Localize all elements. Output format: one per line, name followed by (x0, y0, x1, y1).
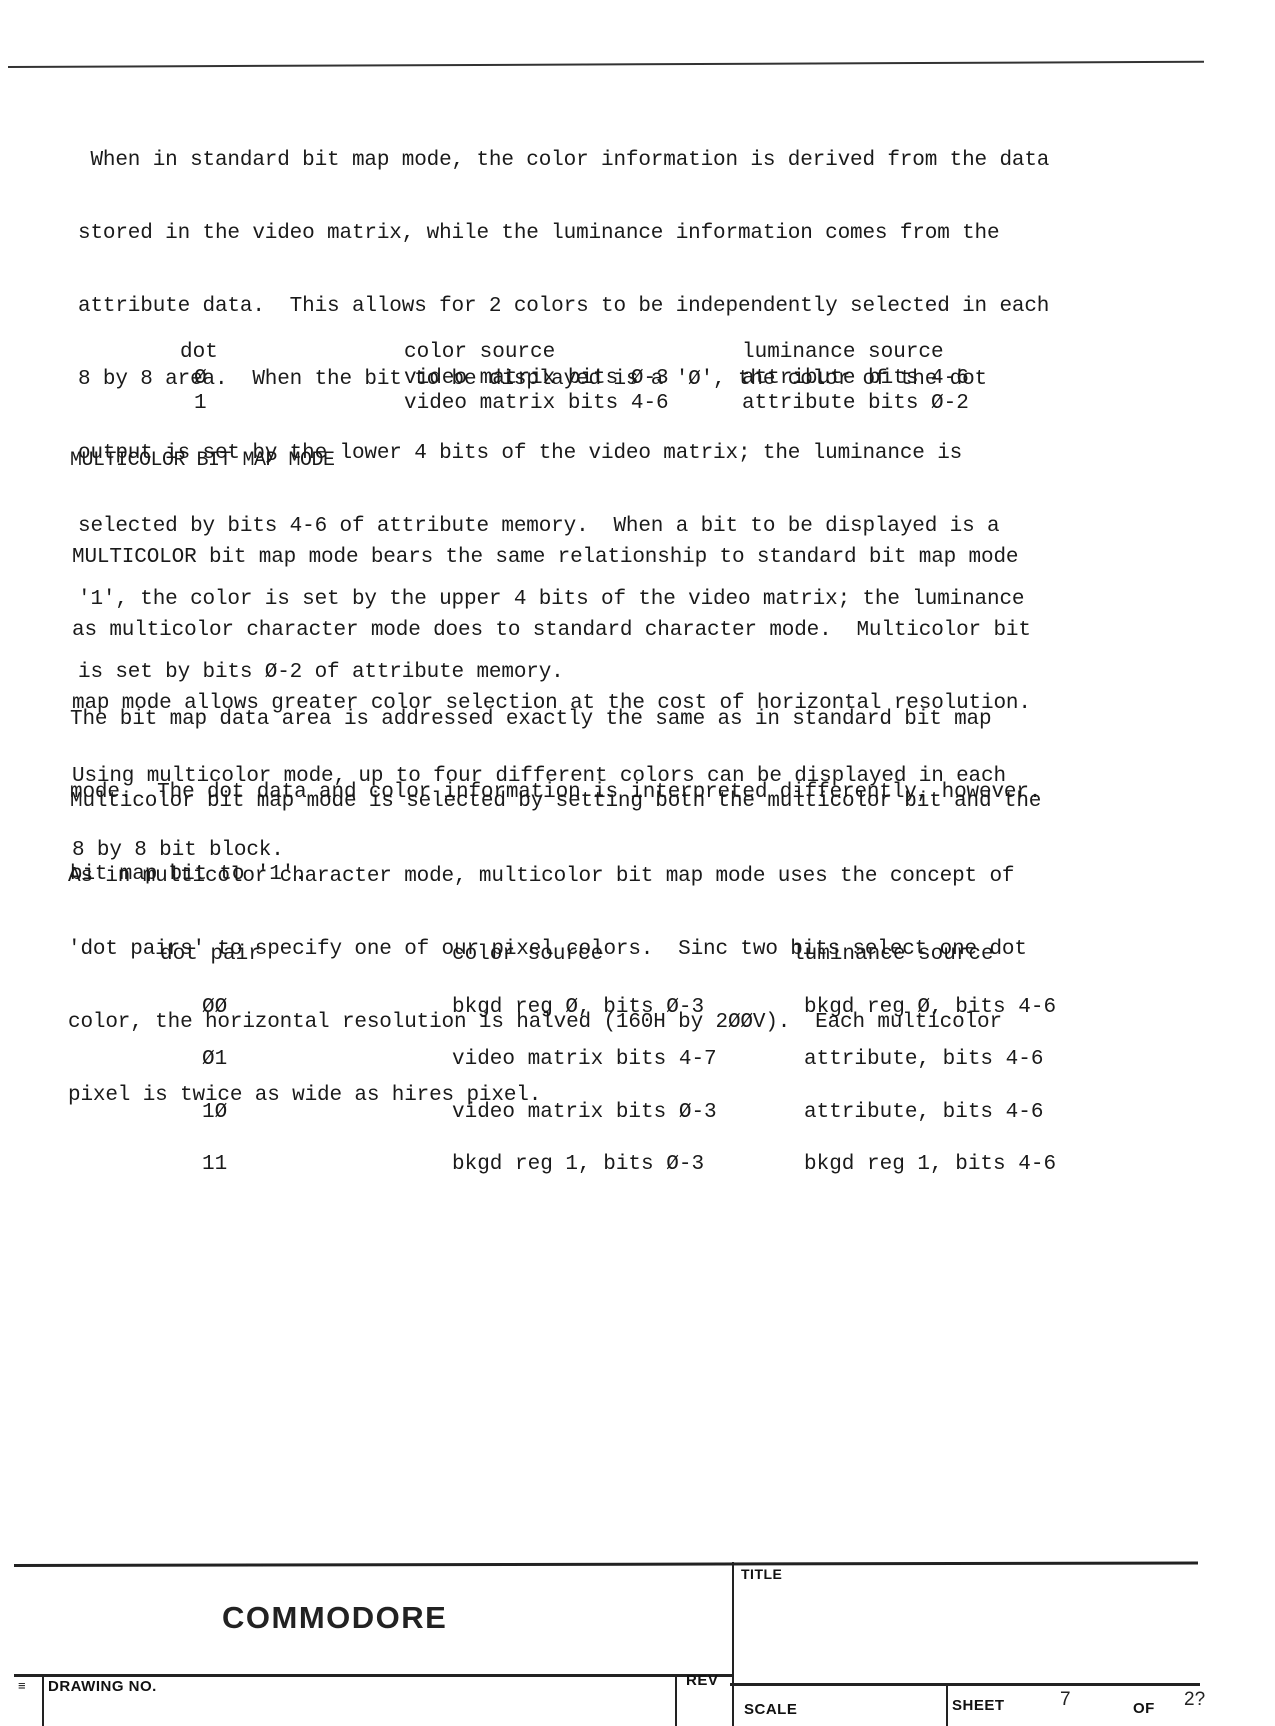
cell-luminance-source: attribute, bits 4-6 (804, 1048, 1043, 1072)
cell-luminance-source: bkgd reg Ø, bits 4-6 (804, 996, 1056, 1020)
company-logo-text: COMMODORE (222, 1600, 447, 1636)
header-color-source: color source (404, 341, 555, 365)
text-line: as multicolor character mode does to sta… (72, 619, 1031, 643)
scale-label: SCALE (744, 1701, 797, 1718)
text-line: stored in the video matrix, while the lu… (78, 222, 1049, 246)
cell-luminance-source: attribute bits Ø-2 (742, 392, 969, 416)
rev-divider (675, 1676, 677, 1726)
table-row: 11 bkgd reg 1, bits Ø-3 bkgd reg 1, bits… (0, 1153, 50, 1273)
cell-luminance-source: bkgd reg 1, bits 4-6 (804, 1153, 1056, 1177)
header-rule (8, 61, 1204, 68)
cell-color-source: bkgd reg Ø, bits Ø-3 (452, 996, 704, 1020)
sheet-label: SHEET (952, 1697, 1005, 1714)
edge-mark-icon: ≡ (18, 1678, 26, 1693)
cell-color-source: bkgd reg 1, bits Ø-3 (452, 1153, 704, 1177)
of-label: OF (1133, 1700, 1155, 1717)
cell-dot: Ø (194, 367, 207, 391)
cell-dot: 1 (194, 392, 207, 416)
header-dot-pair: dot pair (160, 943, 261, 967)
sheet-divider (946, 1684, 948, 1726)
cell-color-source: video matrix bits Ø-3 (452, 1101, 717, 1125)
paragraph-dot-pairs: As in multicolor character mode, multico… (68, 816, 1027, 1133)
title-block-mid-rule (14, 1674, 734, 1677)
section-heading: MULTICOLOR BIT MAP MODE (70, 449, 335, 472)
header-color-source: color source (452, 943, 603, 967)
table-row: 1 video matrix bits 4-6 attribute bits Ø… (0, 392, 50, 512)
title-block-top-rule (14, 1562, 1198, 1567)
text-line: As in multicolor character mode, multico… (68, 865, 1027, 889)
rev-label: REV (686, 1672, 718, 1689)
cell-luminance-source: attribute bits 4-6 (742, 367, 969, 391)
cell-color-source: video matrix bits 4-7 (452, 1048, 717, 1072)
text-line: The bit map data area is addressed exact… (70, 708, 1041, 732)
cell-dot-pair: 1Ø (202, 1101, 227, 1125)
cell-color-source: video matrix bits Ø-3 (404, 367, 669, 391)
drawing-no-divider (42, 1676, 44, 1726)
title-block-divider (732, 1562, 734, 1726)
cell-luminance-source: attribute, bits 4-6 (804, 1101, 1043, 1125)
drawing-no-label: DRAWING NO. (48, 1678, 157, 1695)
sheet-number: 7 (1060, 1689, 1071, 1711)
header-luminance-source: luminance source (742, 341, 944, 365)
cell-color-source: video matrix bits 4-6 (404, 392, 669, 416)
total-sheets: 2? (1184, 1689, 1208, 1711)
header-luminance-source: luminance source (792, 943, 994, 967)
header-dot: dot (180, 341, 218, 365)
cell-dot-pair: 11 (202, 1153, 227, 1177)
text-line: Multicolor bit map mode is selected by s… (70, 790, 1041, 814)
text-line: When in standard bit map mode, the color… (78, 149, 1049, 173)
text-line: attribute data. This allows for 2 colors… (78, 295, 1049, 319)
title-label: TITLE (741, 1566, 782, 1582)
cell-dot-pair: Ø1 (202, 1048, 227, 1072)
title-block-scale-rule (730, 1683, 1200, 1686)
text-line: MULTICOLOR bit map mode bears the same r… (72, 546, 1031, 570)
cell-dot-pair: ØØ (202, 996, 227, 1020)
